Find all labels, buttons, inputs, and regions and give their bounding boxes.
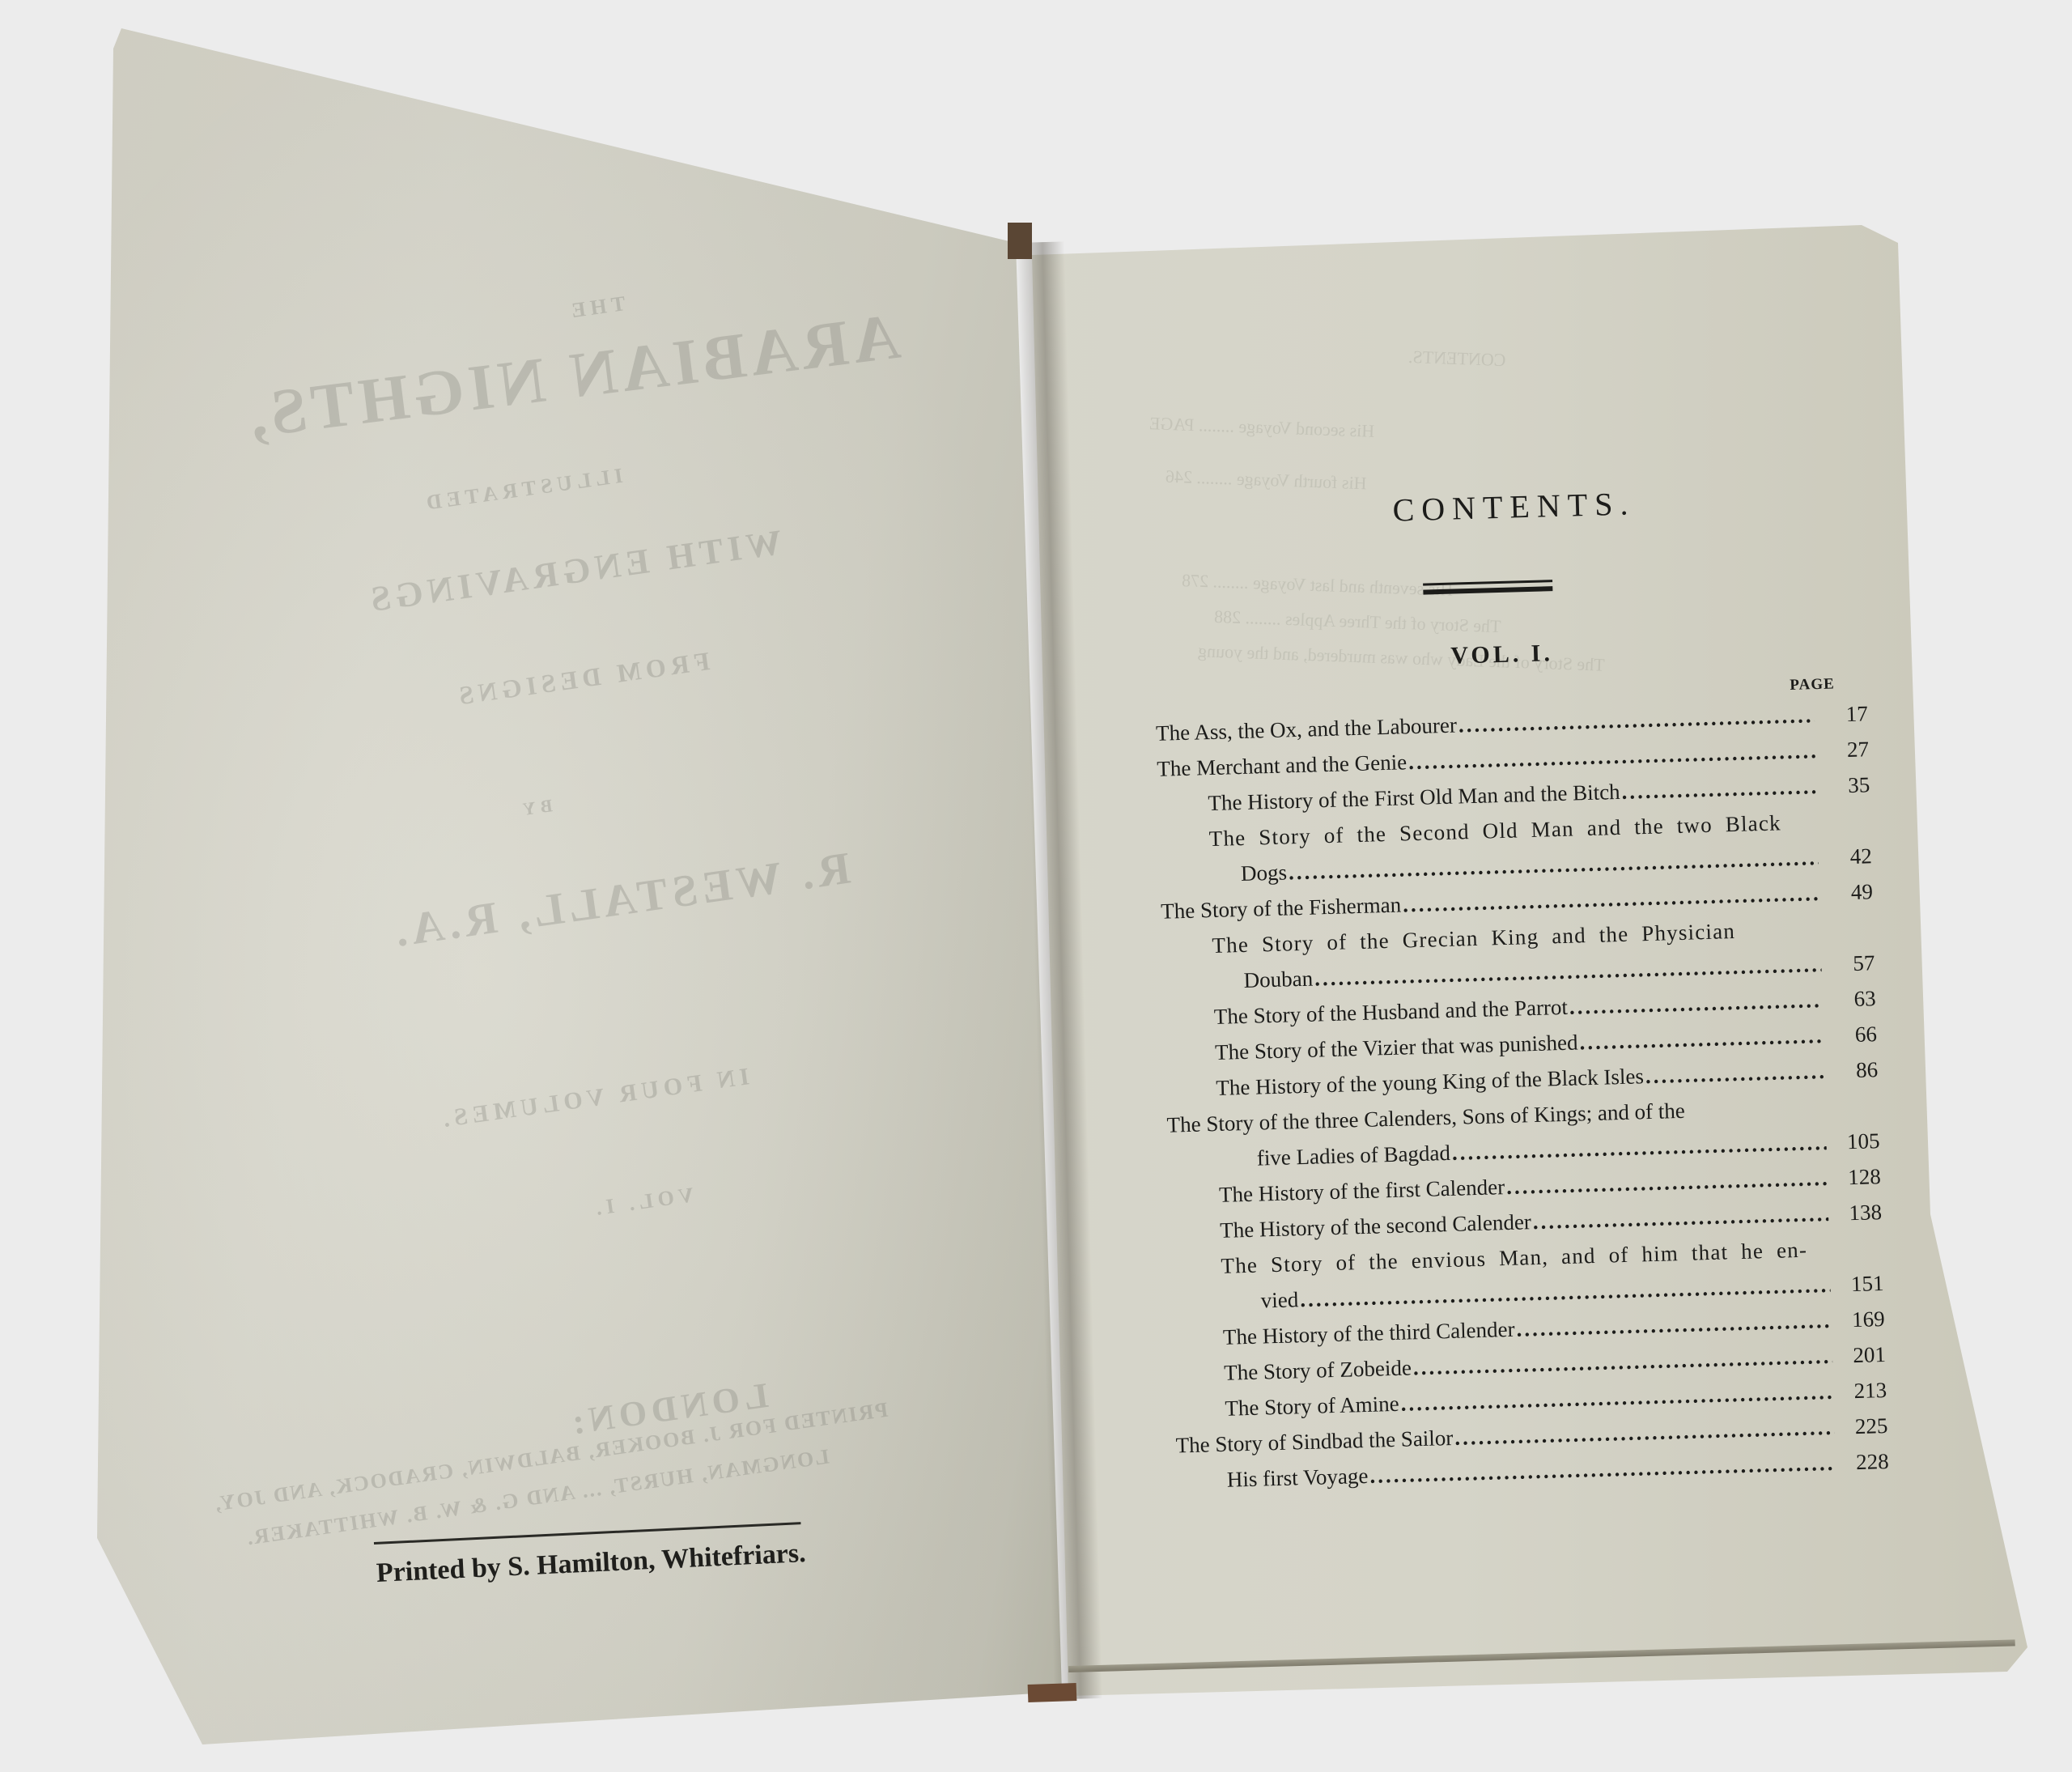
open-book: THE ARABIAN NIGHTS, ILLUSTRATED WITH ENG… (0, 0, 2072, 1772)
double-rule-divider (1423, 580, 1552, 594)
toc-list: The Ass, the Ox, and the Labourer17 The … (1156, 695, 1890, 1498)
cover-edge-bottom (1028, 1683, 1077, 1702)
volume-heading: VOL. I. (1153, 631, 1850, 678)
table-of-contents: CONTENTS. VOL. I. PAGE The Ass, the Ox, … (1149, 477, 1921, 1498)
cover-edge-top (1008, 223, 1032, 259)
show-through-right-header: CONTENTS. (1408, 346, 1506, 371)
